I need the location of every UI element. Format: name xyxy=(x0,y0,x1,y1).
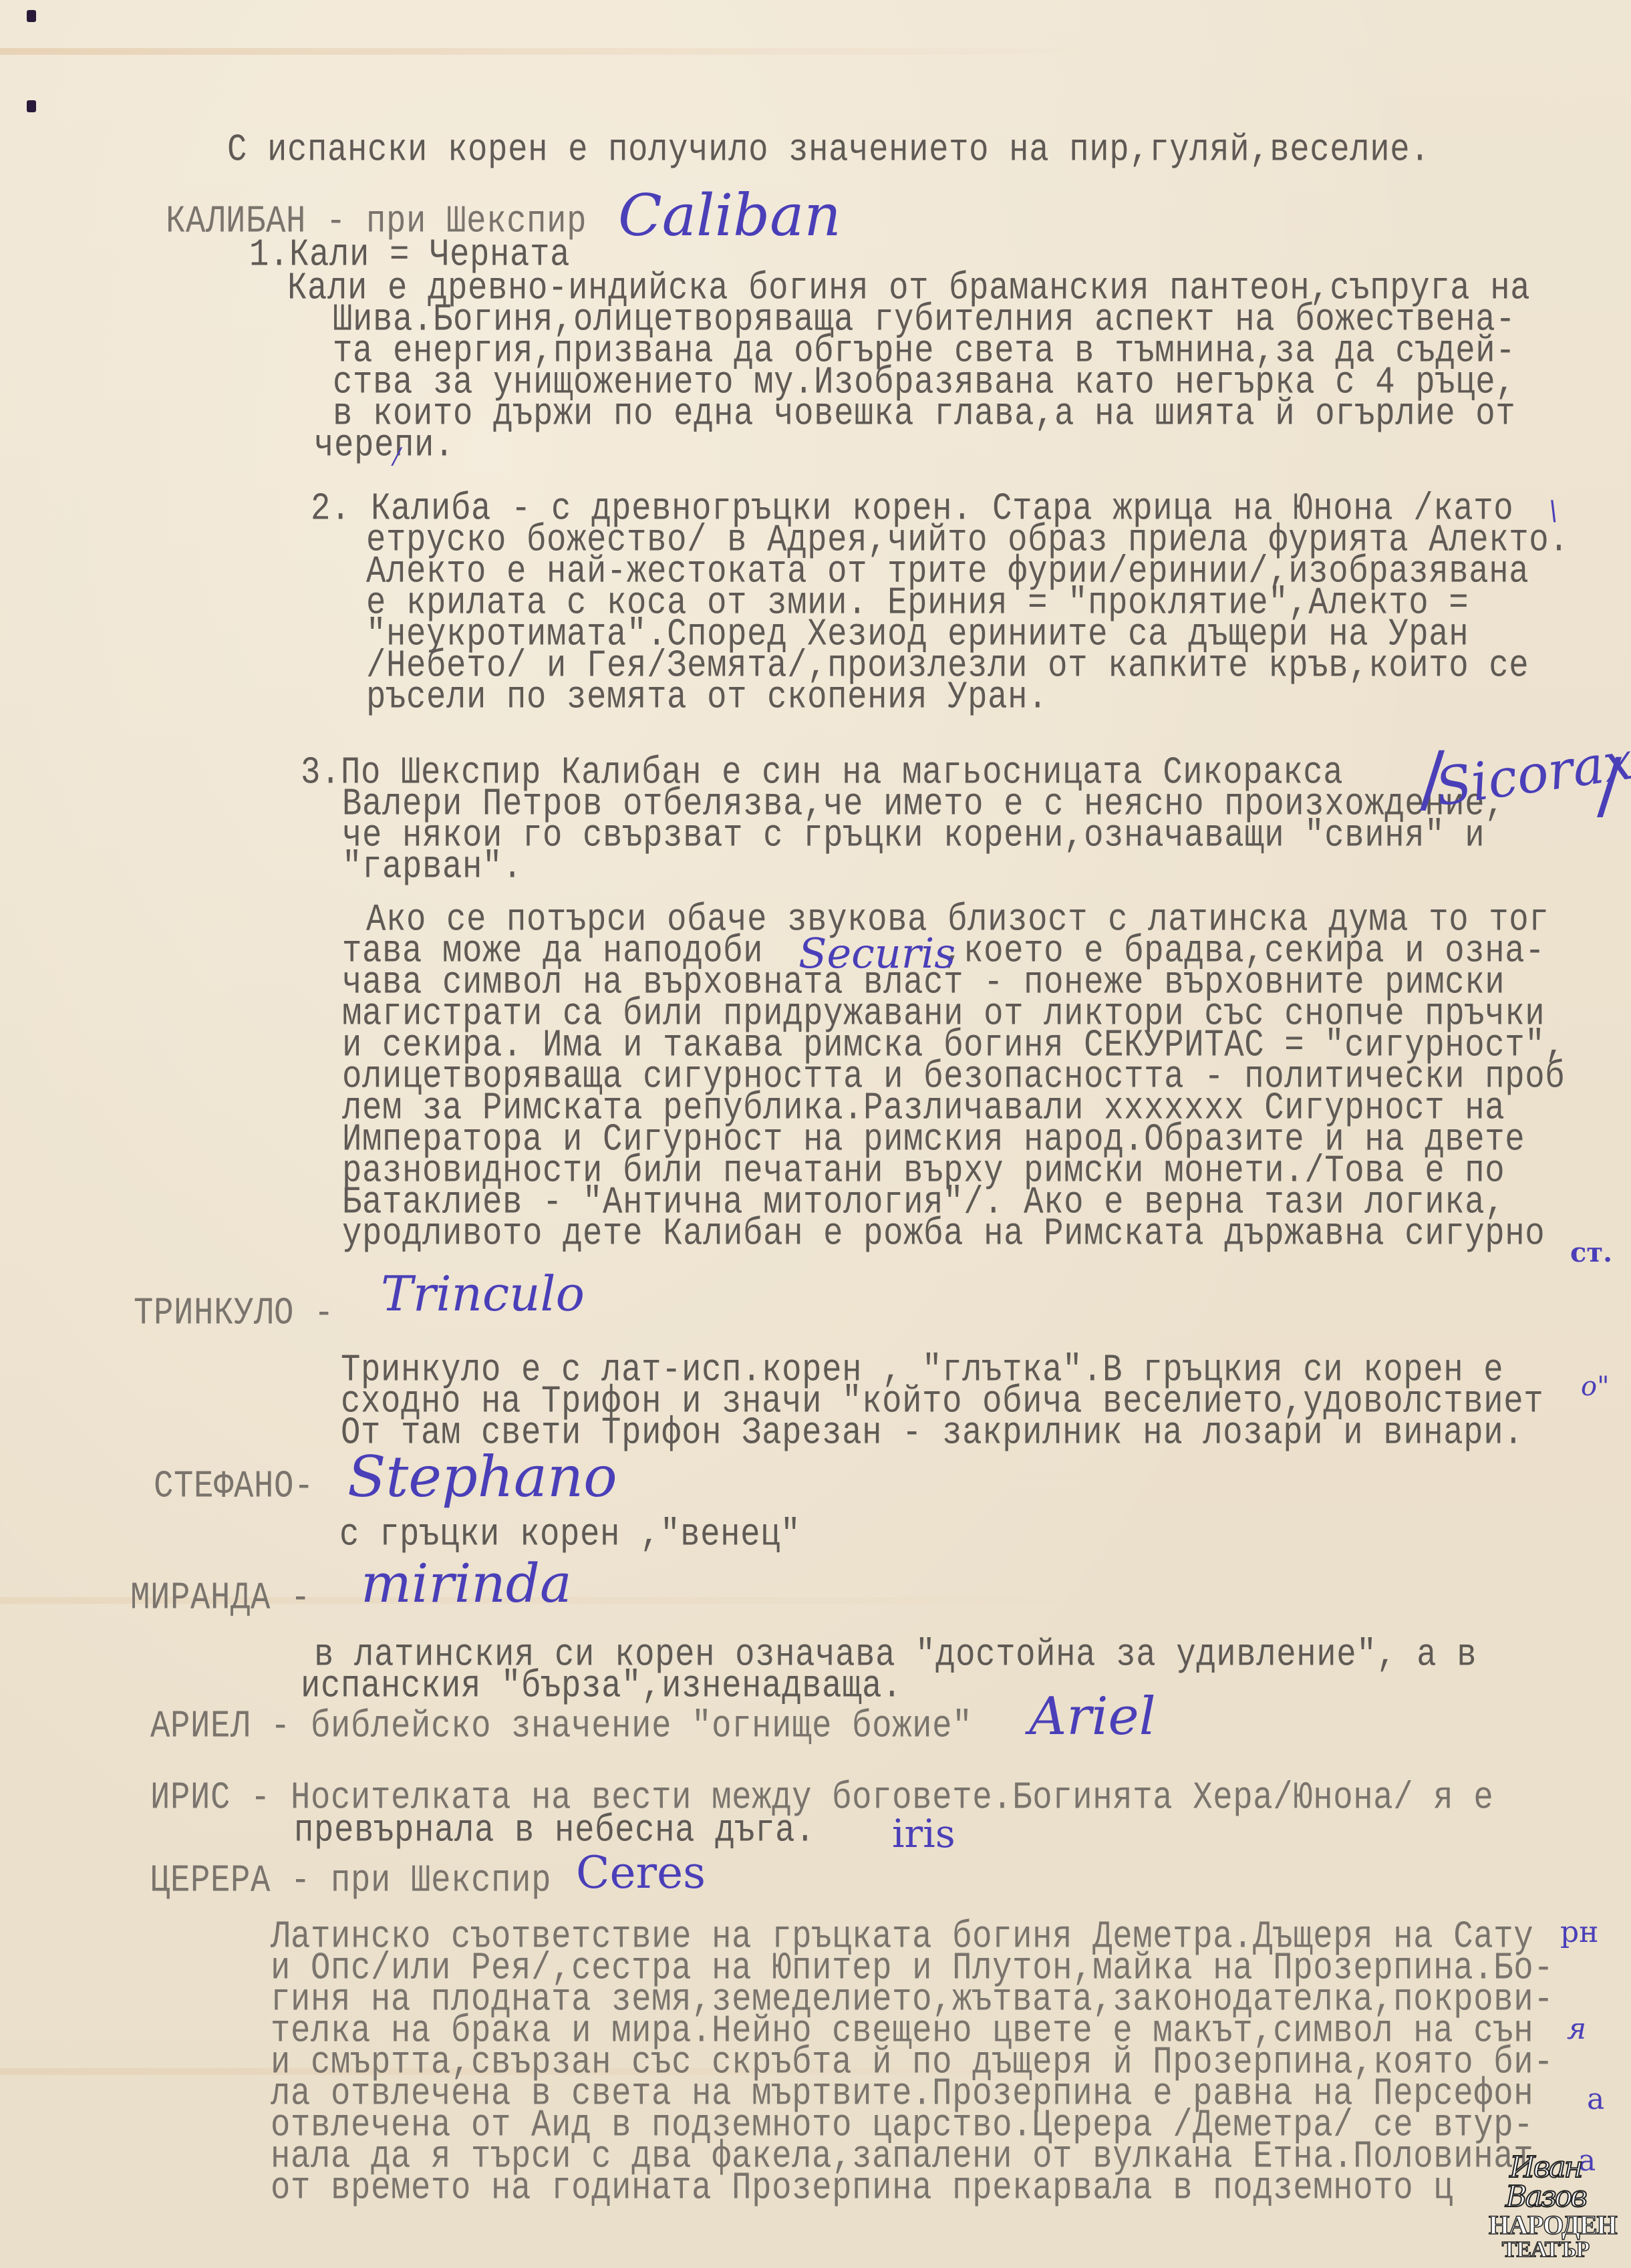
securis-handwritten: Securis xyxy=(798,933,955,974)
slash-mark: / xyxy=(1420,742,1445,815)
slash-mark: / xyxy=(1597,748,1622,822)
caliban-handwritten: Caliban xyxy=(618,187,841,245)
punch-hole-mark xyxy=(27,100,36,112)
accent-mark: / xyxy=(393,445,400,468)
text-line: от времето на годината Прозерпина прекар… xyxy=(271,2169,1453,2208)
text-line: ръсели по земята от скопения Уран. xyxy=(366,678,1048,717)
ceres-handwritten: Ceres xyxy=(576,1851,706,1895)
iris-handwritten: iris xyxy=(892,1814,955,1853)
theatre-logo: Иван Вазов НАРОДЕН ТЕАТЪР xyxy=(1489,2153,1602,2261)
text-line: черепи. xyxy=(314,426,454,465)
text-line: с гръцки корен ,"венец" xyxy=(339,1516,800,1554)
text-line: уродливото дете Калибан е рожба на Римск… xyxy=(342,1215,1545,1254)
ceres-margin-handwritten: рн xyxy=(1560,1918,1599,1947)
intro-line: С испански корен е получило значението н… xyxy=(227,131,1430,170)
paper-stain xyxy=(0,48,1631,55)
text-line: превърнала в небесна дъга. xyxy=(294,1812,815,1850)
text-line: "гарван". xyxy=(342,848,523,887)
trinculo-margin-handwritten: о" xyxy=(1581,1373,1609,1400)
stephano-heading: СТЕФАНО- xyxy=(154,1467,314,1506)
ariel-heading: АРИЕЛ - библейско значение "огнище божие… xyxy=(150,1707,972,1746)
stephano-handwritten: Stephano xyxy=(347,1449,617,1505)
punch-hole-mark xyxy=(27,10,36,22)
logo-script: Иван Вазов xyxy=(1489,2153,1602,2212)
trinculo-heading: ТРИНКУЛО - xyxy=(134,1294,334,1333)
margin-mark: \ xyxy=(1549,498,1558,525)
miranda-heading: МИРАНДА - xyxy=(130,1579,311,1618)
logo-line1: НАРОДЕН xyxy=(1489,2212,1602,2239)
text-line: испанския "бърза",изненадваща. xyxy=(301,1667,902,1706)
ariel-handwritten: Ariel xyxy=(1029,1691,1156,1743)
miranda-handwritten: mirinda xyxy=(361,1557,572,1610)
securitas-end-handwritten: ст. xyxy=(1570,1240,1612,1266)
ceres-margin-handwritten: а xyxy=(1587,2085,1604,2114)
logo-line2: ТЕАТЪР xyxy=(1489,2239,1602,2261)
trinculo-handwritten: Trinculo xyxy=(381,1270,585,1318)
ceres-heading: ЦЕРЕРА - при Шекспир xyxy=(150,1862,551,1900)
ceres-margin-handwritten: я xyxy=(1567,2015,1586,2044)
text-line: в които държи по една човешка глава,а на… xyxy=(333,395,1515,434)
